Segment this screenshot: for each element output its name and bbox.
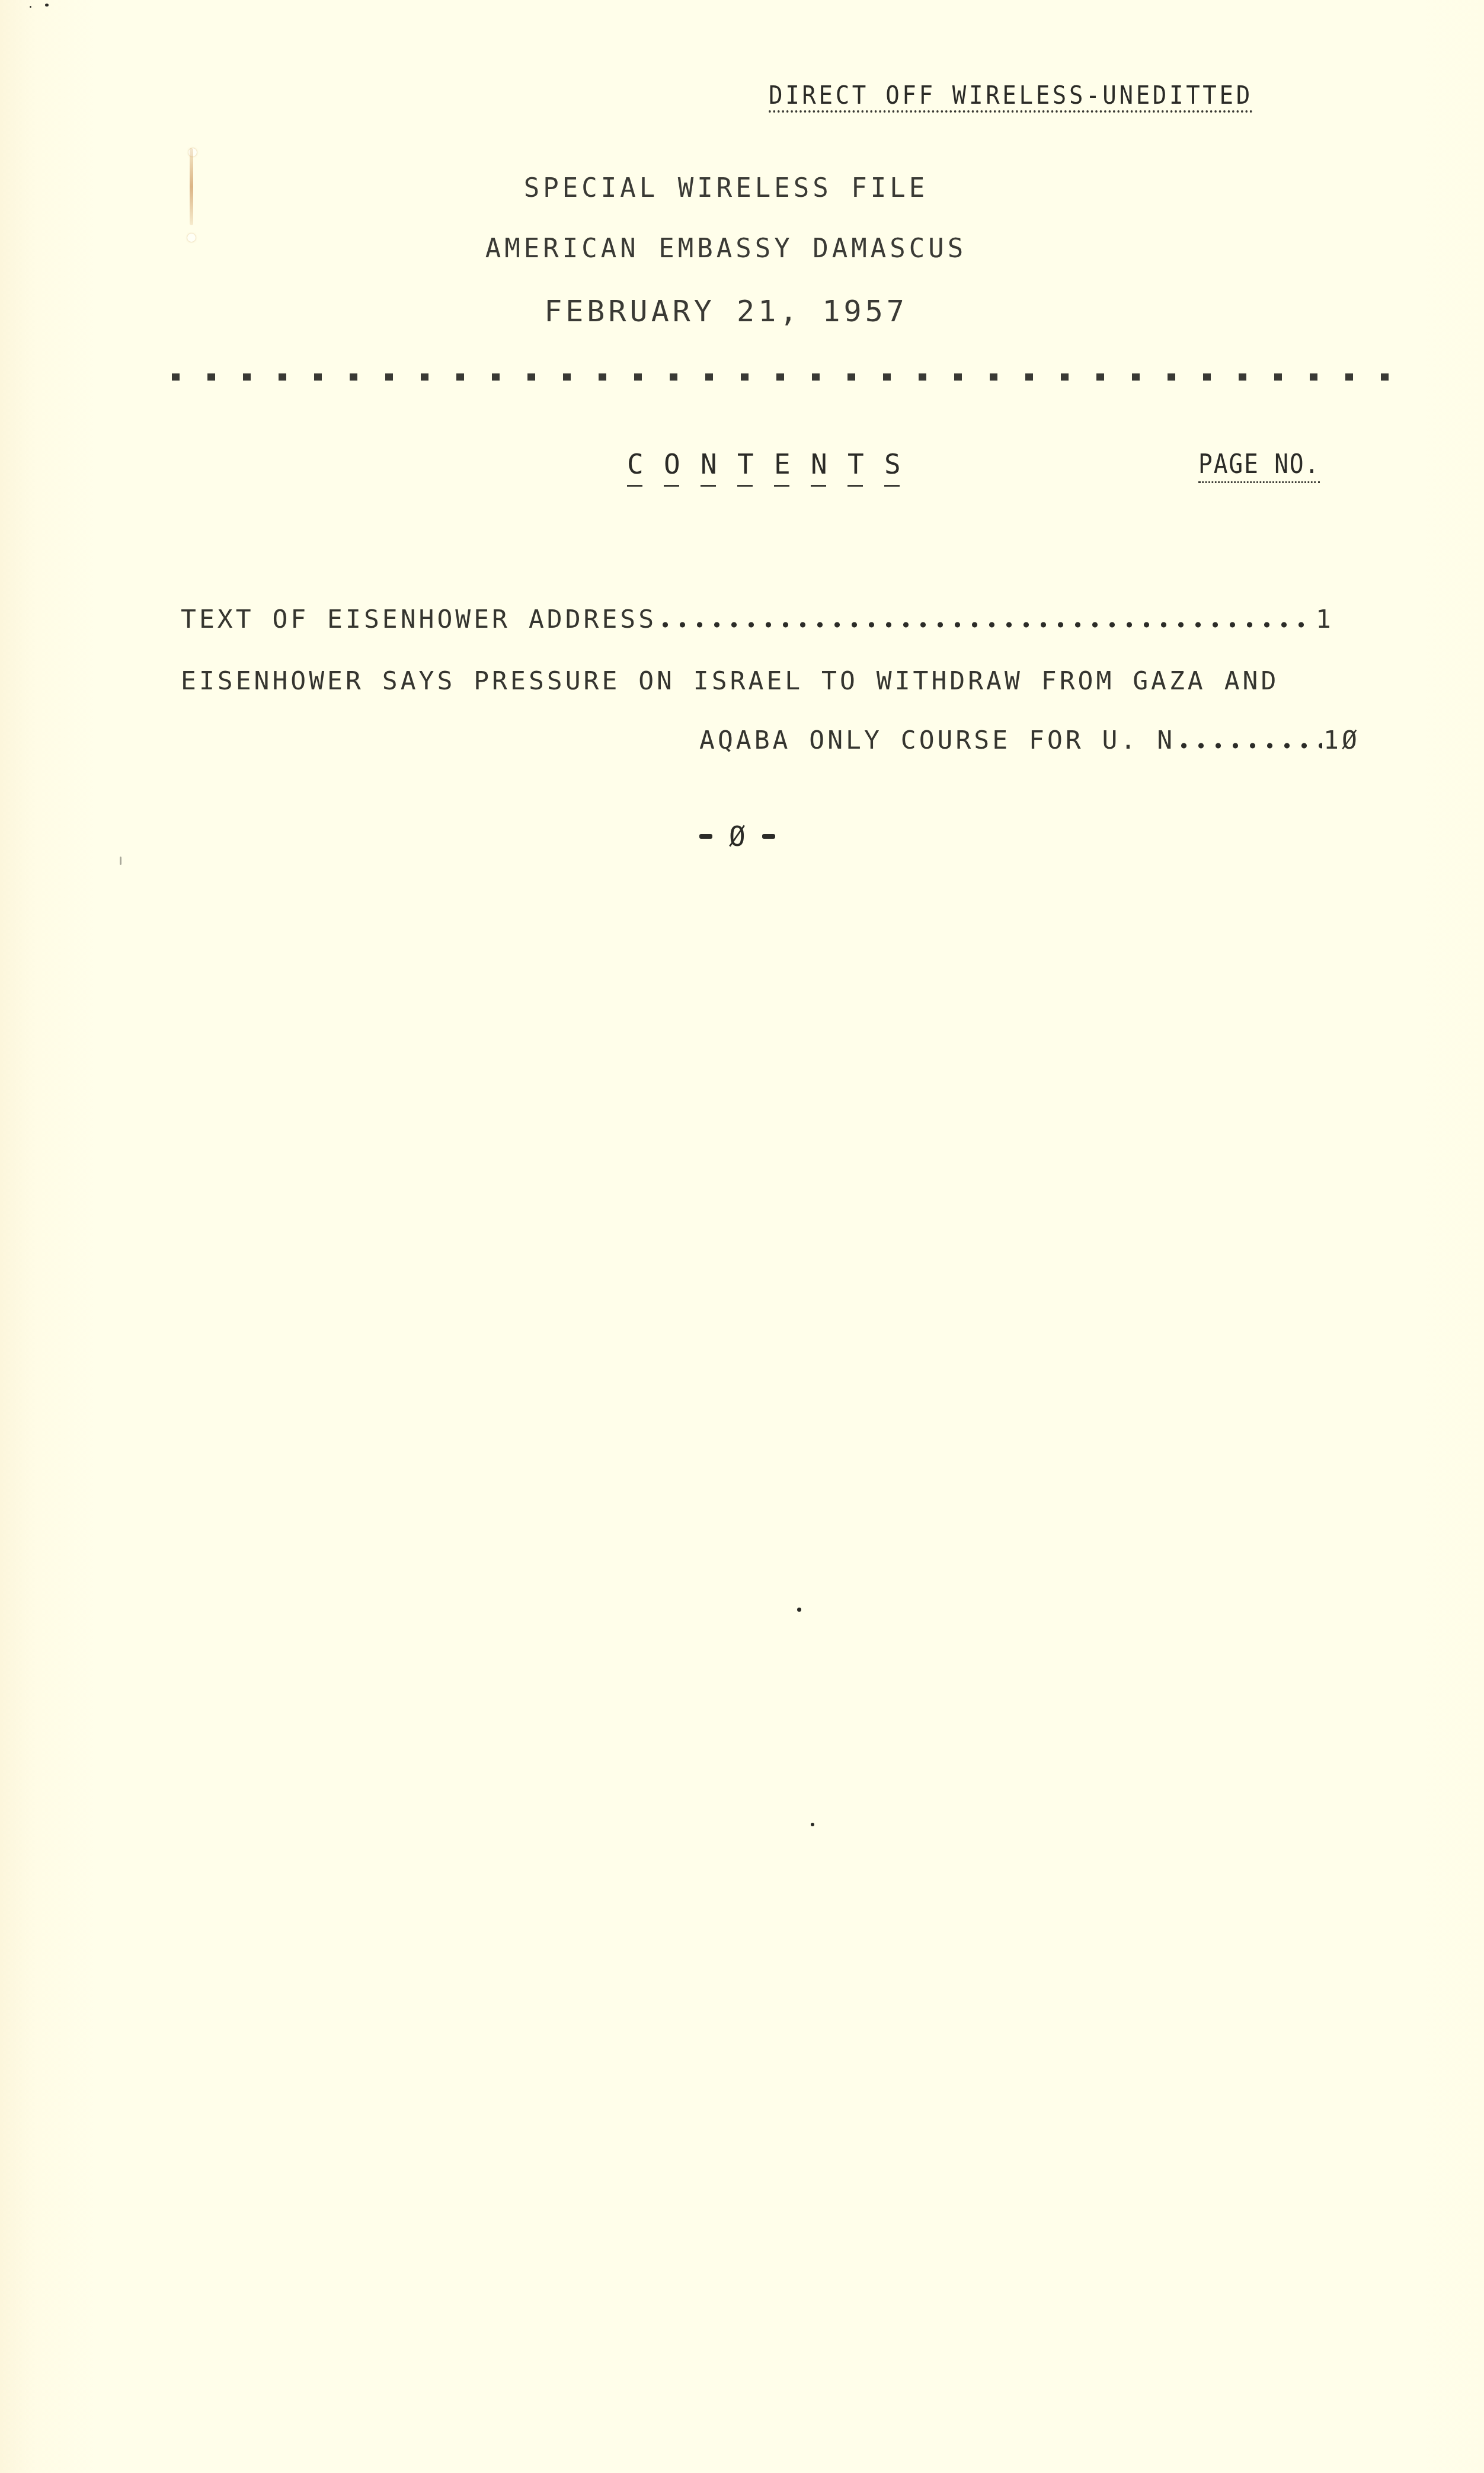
contents-letter: E	[774, 450, 811, 478]
file-title: SPECIAL WIRELESS FILE	[0, 175, 1452, 202]
entry-page-number: 1Ø	[1323, 726, 1360, 755]
contents-entry-line2: AQABA ONLY COURSE FOR U. N1Ø	[699, 728, 1360, 753]
entry-title-continued: AQABA ONLY COURSE FOR U. N	[699, 726, 1175, 755]
contents-entry: TEXT OF EISENHOWER ADDRESS1	[181, 607, 1334, 632]
page-number-column-label: PAGE NO.	[1198, 452, 1320, 483]
dot-leader	[1175, 743, 1322, 749]
document-page: DIRECT OFF WIRELESS-UNEDITTED SPECIAL WI…	[0, 0, 1484, 2473]
ink-speck	[797, 1608, 801, 1612]
ink-speck	[30, 6, 31, 8]
dot-leader	[657, 622, 1315, 628]
entry-title: TEXT OF EISENHOWER ADDRESS	[181, 605, 657, 634]
issuing-office: AMERICAN EMBASSY DAMASCUS	[0, 236, 1452, 262]
contents-heading: C O N T E N T S	[627, 450, 921, 478]
wire-slug: DIRECT OFF WIRELESS-UNEDITTED	[769, 83, 1253, 113]
end-dash-left	[699, 834, 712, 839]
contents-letter: N	[701, 450, 737, 478]
end-of-contents-mark: Ø	[699, 823, 775, 850]
file-date: FEBRUARY 21, 1957	[0, 296, 1452, 326]
end-mark-symbol: Ø	[729, 823, 746, 850]
end-dash-right	[762, 834, 775, 839]
contents-letter: T	[737, 450, 774, 478]
ink-speck	[120, 857, 121, 865]
contents-letter: N	[811, 450, 847, 478]
contents-letter: S	[884, 450, 921, 478]
ink-speck	[811, 1823, 814, 1826]
entry-page-number: 1	[1316, 605, 1334, 634]
contents-letter: C	[627, 450, 664, 478]
ink-speck	[45, 4, 49, 7]
dashed-separator	[172, 373, 1416, 381]
contents-letter: T	[847, 450, 884, 478]
contents-letter: O	[664, 450, 701, 478]
contents-entry-line1: EISENHOWER SAYS PRESSURE ON ISRAEL TO WI…	[181, 669, 1279, 694]
